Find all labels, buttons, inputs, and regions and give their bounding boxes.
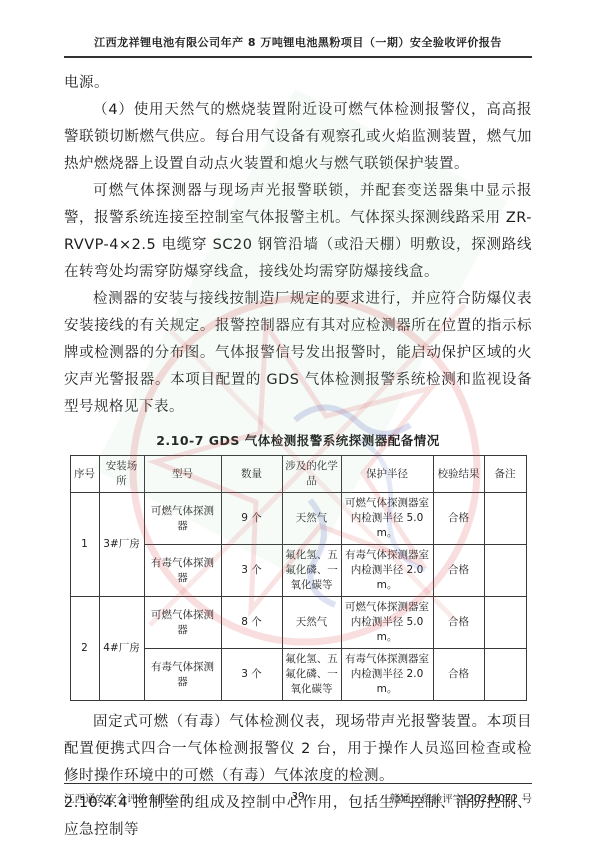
col-header-location: 安装场所	[99, 456, 144, 493]
paragraph-gas-burner: （4）使用天然气的燃烧装置附近设可燃气体检测报警仪，高高报警联锁切断燃气供应。每…	[64, 97, 532, 178]
col-header-chemicals: 涉及的化学品	[282, 456, 341, 493]
report-header-title: 江西龙祥锂电池有限公司年产 8 万吨锂电池黑粉项目（一期）安全验收评价报告	[64, 34, 532, 56]
cell-note	[484, 597, 526, 649]
cell-note	[484, 493, 526, 545]
table-row: 1 3#厂房 可燃气体探测器 9 个 天然气 可燃气体探测器室内检测半径 5.0…	[70, 493, 526, 545]
paragraph-detector-interlock: 可燃气体探测器与现场声光报警联锁，并配套变送器集中显示报警，报警系统连接至控制室…	[64, 178, 532, 286]
cell-model: 有毒气体探测器	[144, 649, 221, 701]
page-footer: 江西通安安全评价有限公司 39 赣通工贸验评字[2024]072 号	[64, 783, 532, 806]
cell-model: 可燃气体探测器	[144, 493, 221, 545]
cell-radius: 有毒气体探测器室内检测半径 2.0m。	[341, 649, 433, 701]
cell-note	[484, 649, 526, 701]
col-header-result: 校验结果	[433, 456, 484, 493]
cell-chemicals: 氟化氢、五氟化磷、一氧化碳等	[282, 649, 341, 701]
cell-quantity: 3 个	[221, 545, 282, 597]
paragraph-portable-detectors: 固定式可燃（有毒）气体检测仪表，现场带声光报警装置。本项目配置便携式四合一气体检…	[64, 709, 532, 790]
cell-note	[484, 545, 526, 597]
cell-location: 4#厂房	[99, 597, 144, 701]
cell-result: 合格	[433, 649, 484, 701]
cell-result: 合格	[433, 597, 484, 649]
cell-result: 合格	[433, 545, 484, 597]
col-header-quantity: 数量	[221, 456, 282, 493]
cell-seq: 2	[70, 597, 99, 701]
cell-quantity: 9 个	[221, 493, 282, 545]
document-page: 江西龙祥锂电池有限公司年产 8 万吨锂电池黑粉项目（一期）安全验收评价报告 电源…	[0, 0, 596, 842]
table-title: 2.10-7 GDS 气体检测报警系统探测器配备情况	[64, 431, 532, 449]
cell-chemicals: 天然气	[282, 493, 341, 545]
cell-location: 3#厂房	[99, 493, 144, 597]
cell-radius: 可燃气体探测器室内检测半径 5.0m。	[341, 493, 433, 545]
cell-chemicals: 天然气	[282, 597, 341, 649]
cell-model: 有毒气体探测器	[144, 545, 221, 597]
cell-seq: 1	[70, 493, 99, 597]
cell-chemicals: 氟化氢、五氟化磷、一氧化碳等	[282, 545, 341, 597]
paragraph-power-source: 电源。	[64, 70, 532, 97]
col-header-seq: 序号	[70, 456, 99, 493]
table-row: 2 4#厂房 可燃气体探测器 8 个 天然气 可燃气体探测器室内检测半径 5.0…	[70, 597, 526, 649]
cell-radius: 可燃气体探测器室内检测半径 5.0m。	[341, 597, 433, 649]
footer-page-number: 39	[64, 791, 532, 803]
cell-model: 可燃气体探测器	[144, 597, 221, 649]
col-header-radius: 保护半径	[341, 456, 433, 493]
cell-result: 合格	[433, 493, 484, 545]
col-header-note: 备注	[484, 456, 526, 493]
footer-divider	[64, 783, 532, 784]
cell-radius: 有毒气体探测器室内检测半径 2.0m。	[341, 545, 433, 597]
table-header-row: 序号 安装场所 型号 数量 涉及的化学品 保护半径 校验结果 备注	[70, 456, 526, 493]
col-header-model: 型号	[144, 456, 221, 493]
header-divider	[64, 56, 532, 58]
gds-detector-table: 序号 安装场所 型号 数量 涉及的化学品 保护半径 校验结果 备注 1 3#厂房…	[70, 455, 527, 701]
paragraph-installation-rules: 检测器的安装与接线按制造厂规定的要求进行，并应符合防爆仪表安装接线的有关规定。报…	[64, 286, 532, 421]
page-content: 江西龙祥锂电池有限公司年产 8 万吨锂电池黑粉项目（一期）安全验收评价报告 电源…	[0, 0, 596, 842]
cell-quantity: 8 个	[221, 597, 282, 649]
cell-quantity: 3 个	[221, 649, 282, 701]
